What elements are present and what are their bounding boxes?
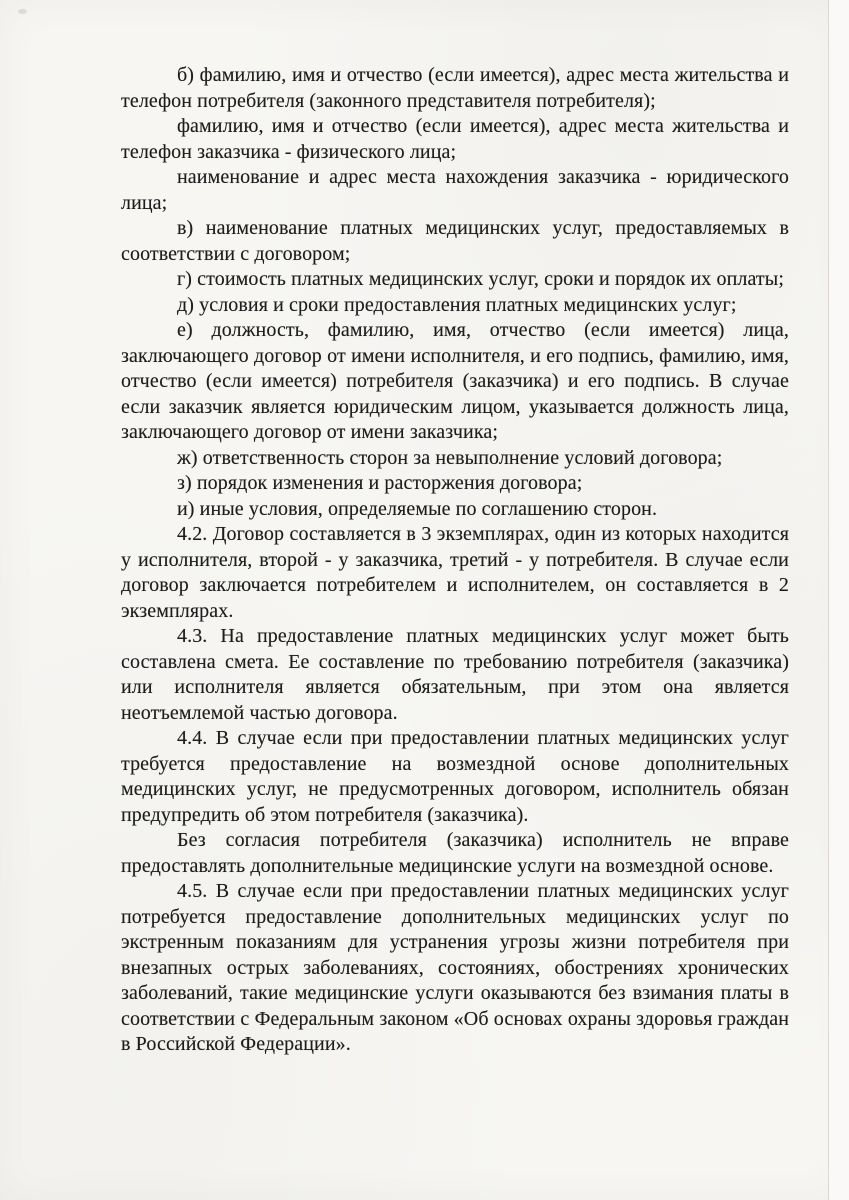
scan-speck — [18, 9, 27, 14]
paragraph-clause-4-5: 4.5. В случае если при предоставлении пл… — [121, 879, 789, 1058]
paragraph-clause-4-4-consent: Без согласия потребителя (заказчика) исп… — [121, 828, 789, 879]
scan-edge-line — [828, 0, 829, 1200]
document-text-block: б) фамилию, имя и отчество (если имеется… — [121, 63, 789, 1058]
paragraph-item-d: д) условия и сроки предоставления платны… — [121, 293, 789, 319]
paragraph-customer-individual: фамилию, имя и отчество (если имеется), … — [121, 114, 789, 165]
paragraph-clause-4-3: 4.3. На предоставление платных медицинск… — [121, 624, 789, 726]
paragraph-item-g: г) стоимость платных медицинских услуг, … — [121, 267, 789, 293]
paragraph-clause-4-2: 4.2. Договор составляется в 3 экземпляра… — [121, 522, 789, 624]
paragraph-item-e: е) должность, фамилию, имя, отчество (ес… — [121, 318, 789, 446]
paragraph-item-i: и) иные условия, определяемые по соглаше… — [121, 497, 789, 523]
scan-edge-strip — [829, 0, 849, 1200]
paragraph-item-v: в) наименование платных медицинских услу… — [121, 216, 789, 267]
paragraph-customer-legal-entity: наименование и адрес места нахождения за… — [121, 165, 789, 216]
paragraph-item-z: з) порядок изменения и расторжения догов… — [121, 471, 789, 497]
scanned-document-page: б) фамилию, имя и отчество (если имеется… — [0, 0, 849, 1200]
paragraph-item-zh: ж) ответственность сторон за невыполнени… — [121, 446, 789, 472]
paragraph-item-b: б) фамилию, имя и отчество (если имеется… — [121, 63, 789, 114]
paragraph-clause-4-4: 4.4. В случае если при предоставлении пл… — [121, 726, 789, 828]
